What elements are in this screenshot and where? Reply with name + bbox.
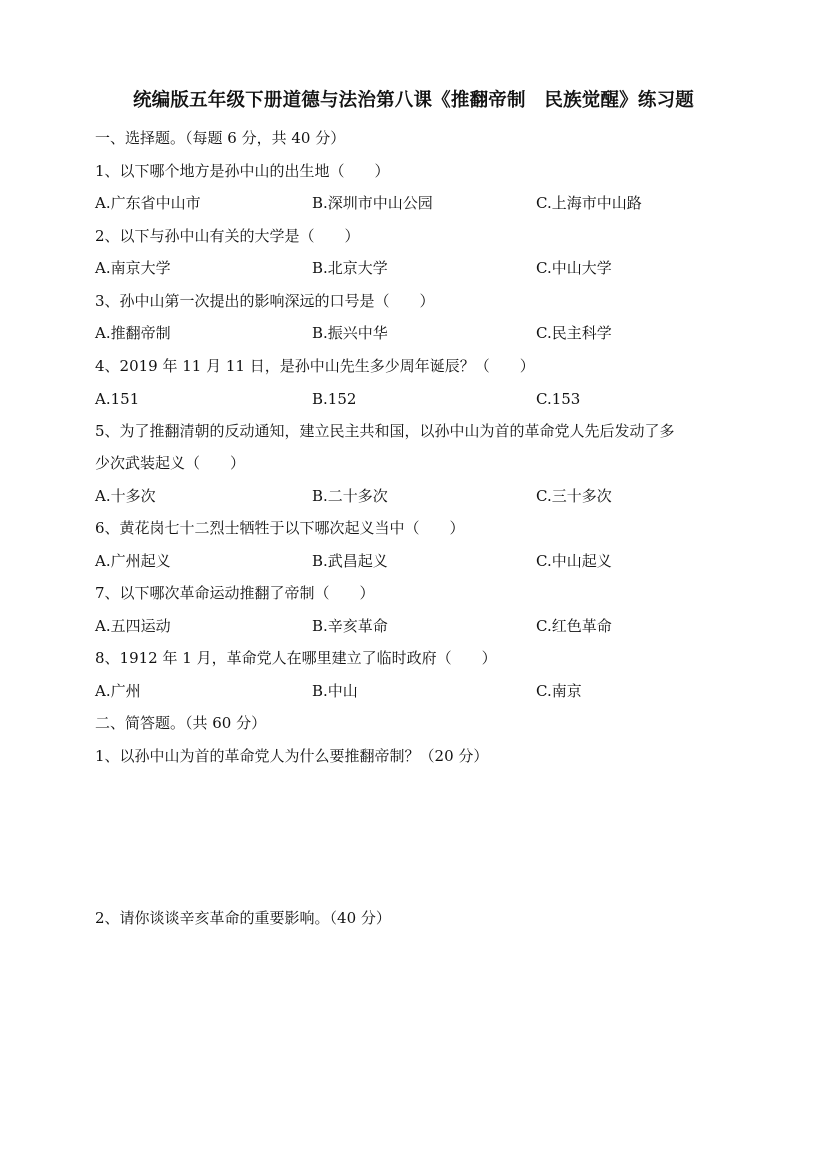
q3-option-b: B.振兴中华: [312, 323, 388, 343]
question-2: 2、以下与孙中山有关的大学是（ ）: [95, 226, 360, 246]
q7-option-c: C.红色革命: [536, 616, 612, 636]
question-7: 7、以下哪次革命运动推翻了帝制（ ）: [95, 583, 375, 603]
q8-option-a: A.广州: [95, 681, 141, 701]
question-3: 3、孙中山第一次提出的影响深远的口号是（ ）: [95, 291, 435, 311]
q6-option-c: C.中山起义: [536, 551, 612, 571]
q4-option-b: B.152: [312, 389, 356, 409]
q4-option-c: C.153: [536, 389, 580, 409]
q6-option-b: B.武昌起义: [312, 551, 388, 571]
short-answer-question-2: 2、请你谈谈辛亥革命的重要影响。（40 分）: [95, 908, 391, 928]
q5-option-a: A.十多次: [95, 486, 156, 506]
q2-option-b: B.北京大学: [312, 258, 388, 278]
q8-option-b: B.中山: [312, 681, 358, 701]
q6-option-a: A.广州起义: [95, 551, 171, 571]
q3-option-a: A.推翻帝制: [95, 323, 171, 343]
section-2-heading: 二、简答题。（共 60 分）: [95, 713, 266, 733]
section-1-heading: 一、选择题。（每题 6 分，共 40 分）: [95, 128, 345, 148]
q1-option-b: B.深圳市中山公园: [312, 193, 433, 213]
q7-option-b: B.辛亥革命: [312, 616, 388, 636]
q5-option-b: B.二十多次: [312, 486, 388, 506]
q1-option-c: C.上海市中山路: [536, 193, 642, 213]
q5-option-c: C.三十多次: [536, 486, 612, 506]
q2-option-a: A.南京大学: [95, 258, 171, 278]
question-4: 4、2019 年 11 月 11 日，是孙中山先生多少周年诞辰？（ ）: [95, 356, 535, 376]
q3-option-c: C.民主科学: [536, 323, 612, 343]
question-5-continued: 少次武装起义（ ）: [95, 453, 245, 473]
q1-option-a: A.广东省中山市: [95, 193, 201, 213]
question-8: 8、1912 年 1 月，革命党人在哪里建立了临时政府（ ）: [95, 648, 497, 668]
question-1: 1、以下哪个地方是孙中山的出生地（ ）: [95, 161, 390, 181]
q2-option-c: C.中山大学: [536, 258, 612, 278]
question-5: 5、为了推翻清朝的反动通知，建立民主共和国，以孙中山为首的革命党人先后发动了多: [95, 421, 675, 441]
q7-option-a: A.五四运动: [95, 616, 171, 636]
q8-option-c: C.南京: [536, 681, 582, 701]
question-6: 6、黄花岗七十二烈士牺牲于以下哪次起义当中（ ）: [95, 518, 465, 538]
q4-option-a: A.151: [95, 389, 139, 409]
short-answer-question-1: 1、以孙中山为首的革命党人为什么要推翻帝制？（20 分）: [95, 746, 488, 766]
document-title: 统编版五年级下册道德与法治第八课《推翻帝制 民族觉醒》练习题: [0, 86, 827, 112]
